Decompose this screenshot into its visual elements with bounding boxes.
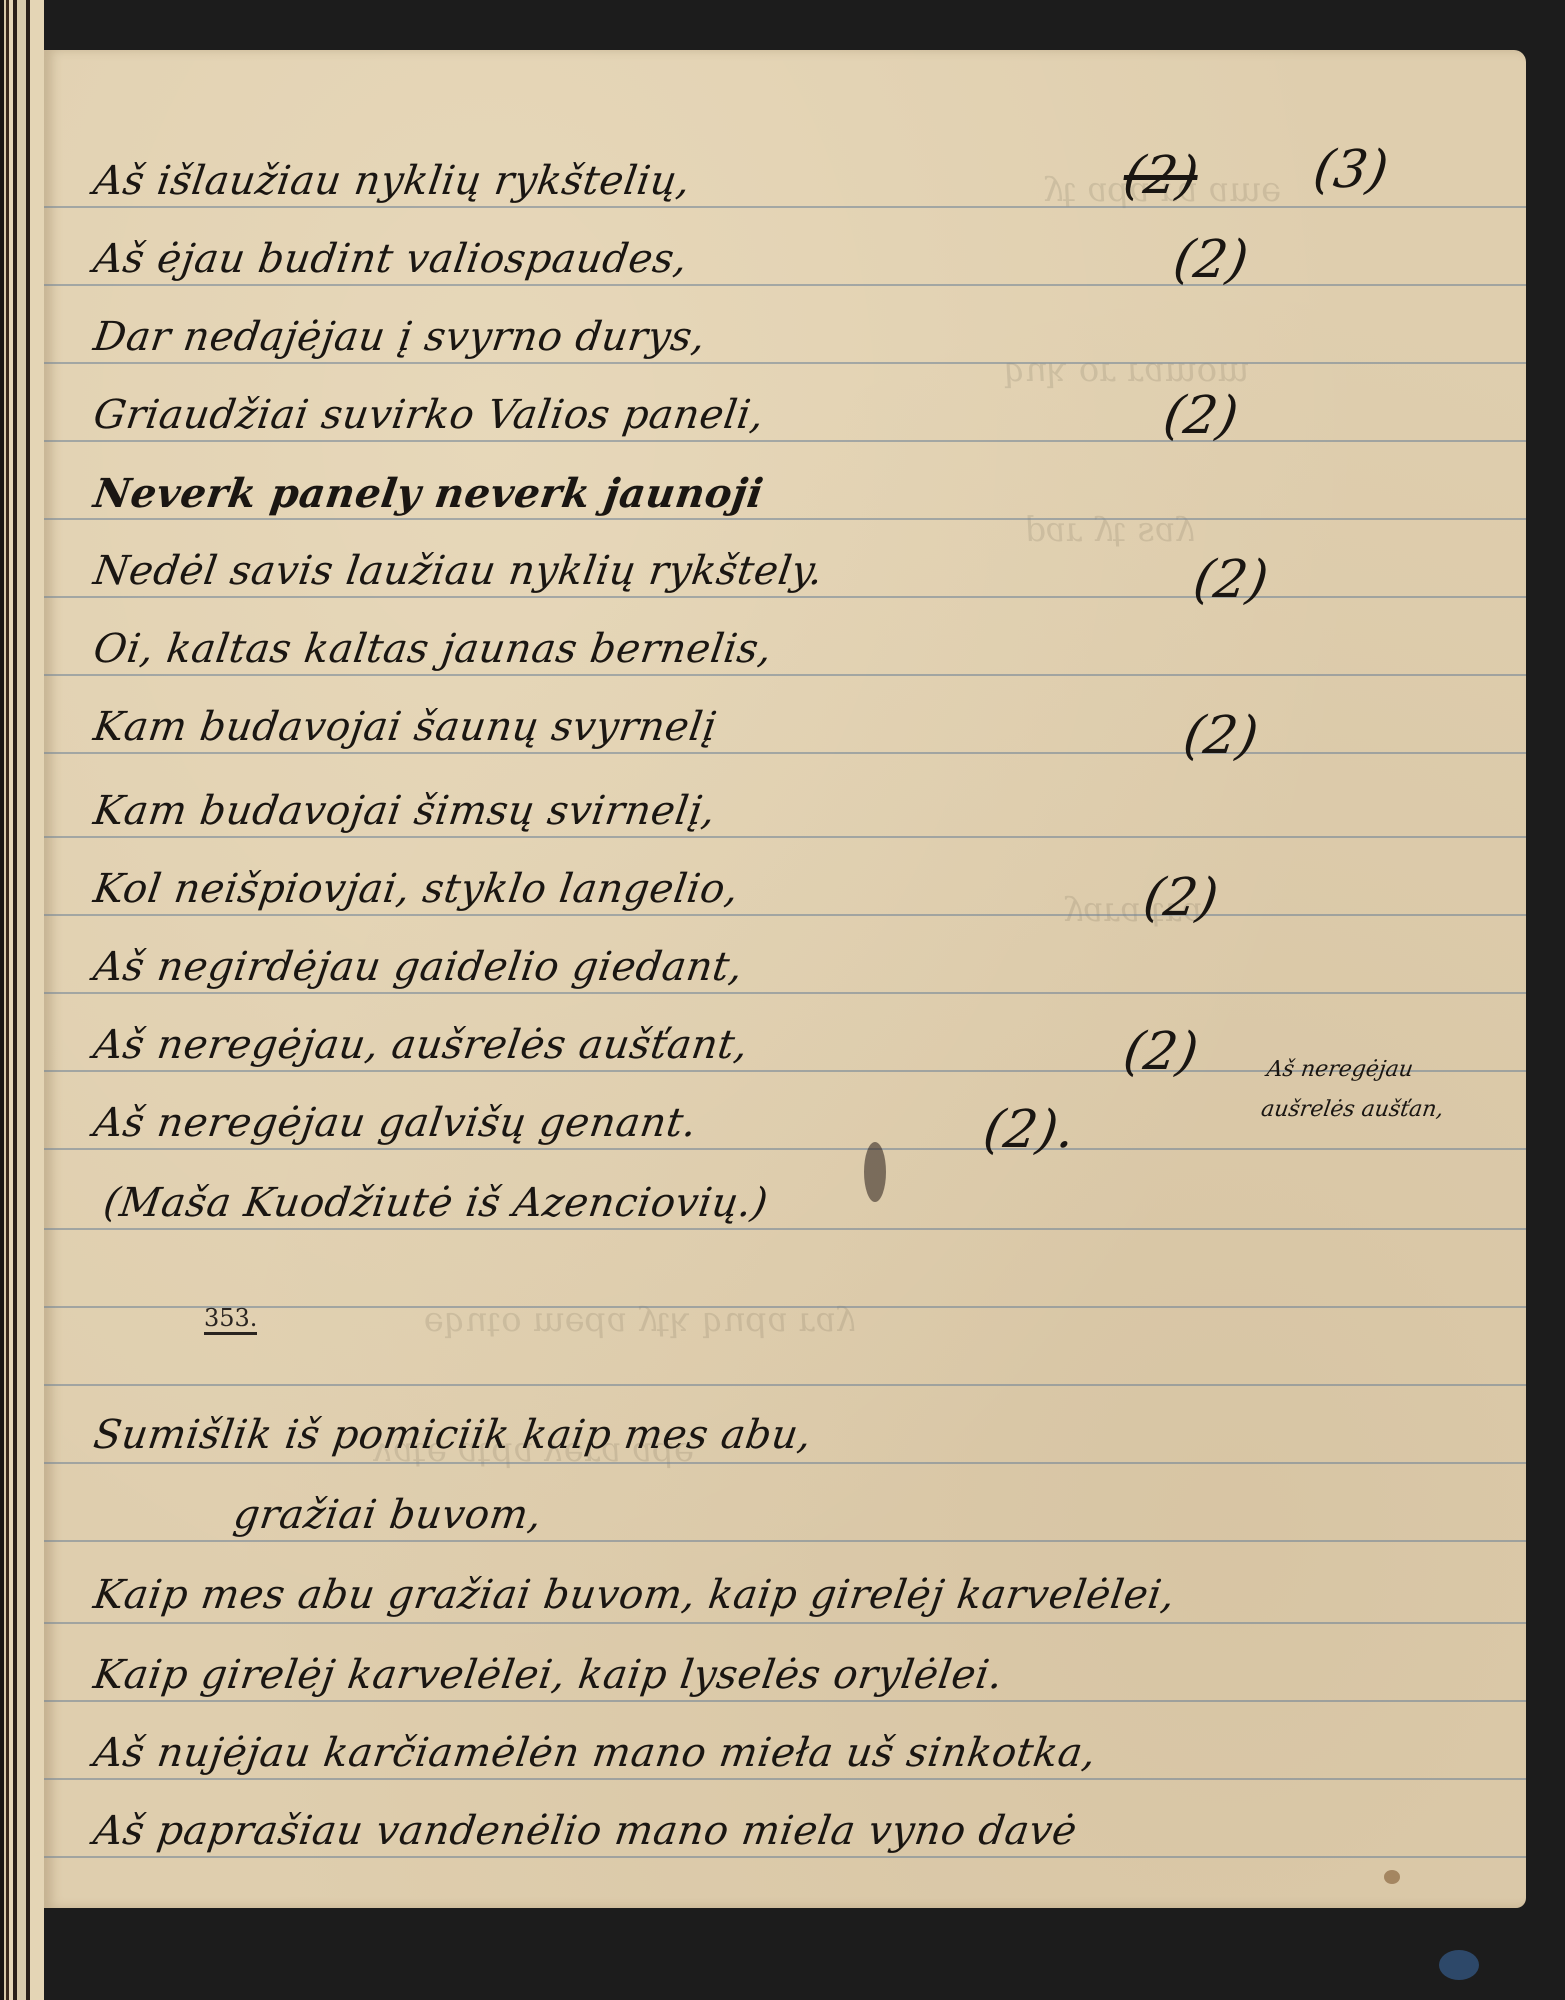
ruled-line bbox=[44, 1306, 1526, 1308]
ruled-line bbox=[44, 914, 1526, 916]
song-line: Aš ėjau budint valiospaudes, bbox=[91, 236, 691, 282]
ruled-line bbox=[44, 836, 1526, 838]
notebook-binding bbox=[0, 0, 44, 2000]
ink-blot bbox=[864, 1142, 886, 1202]
song-line: Aš neregėjau, aušrelės aušťant, bbox=[91, 1022, 751, 1068]
song-line: Kaip mes abu gražiai buvom, kaip girelėj… bbox=[91, 1572, 1178, 1618]
repeat-mark-struck: (2) bbox=[1120, 146, 1202, 206]
song-line: Aš neregėjau galvišų genant. bbox=[91, 1100, 700, 1146]
bleed-through-text: ɯoɯɐɹ ɹo ʞnq bbox=[1001, 350, 1252, 390]
ruled-line bbox=[44, 752, 1526, 754]
ruled-line bbox=[44, 1540, 1526, 1542]
ruled-line bbox=[44, 1622, 1526, 1624]
song-line: Kaip girelėj karvelėlei, kaip lyselės or… bbox=[91, 1652, 1006, 1698]
repeat-mark: (3) bbox=[1310, 140, 1392, 200]
stain bbox=[1384, 1870, 1400, 1884]
repeat-mark: (2) bbox=[1180, 706, 1262, 766]
song-line: Dar nedajėjau į svyrno durys, bbox=[91, 314, 709, 360]
bleed-through-text: ʎɐs ʇʎ ɹɐd bbox=[1021, 510, 1197, 550]
blue-ink-mark bbox=[1439, 1950, 1479, 1980]
repeat-mark: (2) bbox=[1140, 868, 1222, 928]
ruled-line bbox=[44, 1462, 1526, 1464]
song-line: Kam budavojai šaunų svyrnelį bbox=[91, 704, 719, 750]
song-line: Griaudžiai suvirko Valios paneli, bbox=[91, 392, 767, 438]
ruled-line bbox=[44, 1778, 1526, 1780]
ruled-line bbox=[44, 596, 1526, 598]
song-line: Nedėl savis laužiau nyklių rykštely. bbox=[91, 548, 826, 594]
repeat-mark: (2) bbox=[1170, 230, 1252, 290]
song-line: Aš negirdėjau gaidelio giedant, bbox=[91, 944, 746, 990]
ruled-line bbox=[44, 440, 1526, 442]
repeat-mark: (2) bbox=[1160, 386, 1242, 446]
ruled-line bbox=[44, 362, 1526, 364]
margin-note: Aš neregėjau aušrelės aušťan, bbox=[1258, 1050, 1509, 1130]
repeat-mark: (2). bbox=[980, 1100, 1079, 1160]
ruled-line bbox=[44, 1228, 1526, 1230]
song-line: gražiai buvom, bbox=[231, 1492, 545, 1538]
song-line: Aš nujėjau karčiamėlėn mano mieła uš sin… bbox=[91, 1730, 1099, 1776]
song-line: Sumišlik iš pomiciik kaip mes abu, bbox=[91, 1412, 815, 1458]
song-line: Kam budavojai šimsų svirnelį, bbox=[91, 788, 719, 834]
song-line: Aš išlaužiau nyklių rykštelių, bbox=[91, 158, 693, 204]
notebook-page: ǝɯɐ ɐɹ ɐpɐ ʇʎ ɯoɯɐɹ ɹo ʞnq ʎɐs ʇʎ ɹɐd ɐɹ… bbox=[44, 50, 1526, 1908]
ruled-line bbox=[44, 992, 1526, 994]
ruled-line bbox=[44, 206, 1526, 208]
source-attribution: (Maša Kuodžiutė iš Azenciovių.) bbox=[101, 1180, 771, 1226]
repeat-mark: (2) bbox=[1190, 550, 1272, 610]
repeat-mark: (2) bbox=[1120, 1022, 1202, 1082]
song-line: Neverk panely neverk jaunoji bbox=[91, 470, 767, 517]
ruled-line bbox=[44, 518, 1526, 520]
ruled-line bbox=[44, 1700, 1526, 1702]
song-line: Kol neišpiovjai, styklo langelio, bbox=[91, 866, 742, 912]
ruled-line bbox=[44, 1384, 1526, 1386]
ruled-line bbox=[44, 284, 1526, 286]
ruled-line bbox=[44, 1856, 1526, 1858]
ruled-line bbox=[44, 1148, 1526, 1150]
page-number: 353. bbox=[204, 1304, 257, 1335]
song-line: Aš paprašiau vandenėlio mano miela vyno … bbox=[91, 1808, 1080, 1854]
ruled-line bbox=[44, 674, 1526, 676]
song-line: Oi, kaltas kaltas jaunas bernelis, bbox=[91, 626, 775, 672]
